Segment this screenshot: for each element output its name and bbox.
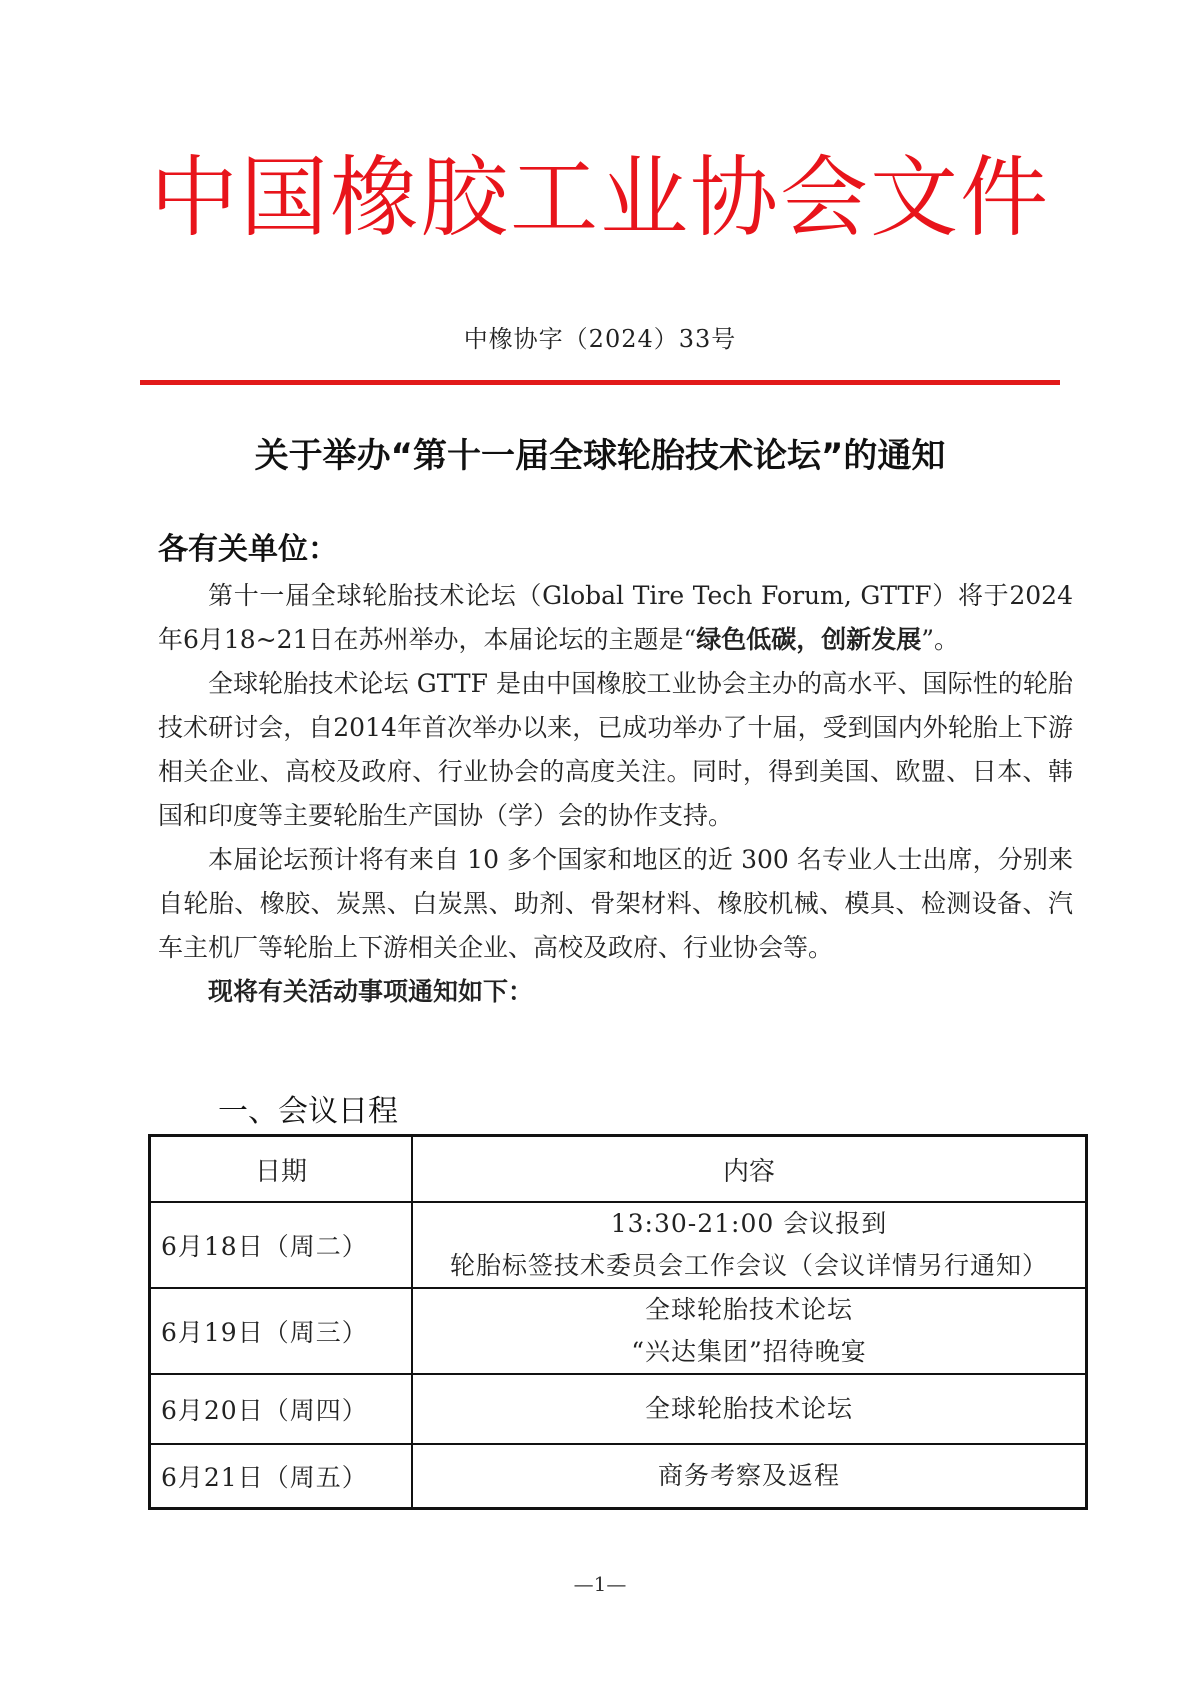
content-line: 全球轮胎技术论坛 — [413, 1388, 1085, 1430]
row-content: 商务考察及返程 — [412, 1444, 1087, 1509]
section-heading-schedule: 一、会议日程 — [218, 1090, 398, 1134]
table-row: 6月19日（周三） 全球轮胎技术论坛 “兴达集团”招待晚宴 — [150, 1288, 1087, 1374]
red-divider — [140, 380, 1060, 385]
row-content: 全球轮胎技术论坛 “兴达集团”招待晚宴 — [412, 1288, 1087, 1374]
content-line: 全球轮胎技术论坛 — [413, 1289, 1085, 1331]
row-date: 6月20日（周四） — [150, 1374, 413, 1444]
paragraph-3: 本届论坛预计将有来自 10 多个国家和地区的近 300 名专业人士出席，分别来自… — [158, 838, 1073, 970]
column-header-content: 内容 — [412, 1136, 1087, 1203]
row-date: 6月21日（周五） — [150, 1444, 413, 1509]
row-date: 6月18日（周二） — [150, 1202, 413, 1288]
schedule-table: 日期 内容 6月18日（周二） 13:30-21:00 会议报到 轮胎标签技术委… — [148, 1134, 1088, 1510]
row-content: 13:30-21:00 会议报到 轮胎标签技术委员会工作会议（会议详情另行通知） — [412, 1202, 1087, 1288]
content-line: 13:30-21:00 会议报到 — [413, 1203, 1085, 1245]
page-number: —1— — [0, 1572, 1200, 1596]
masthead-title: 中国橡胶工业协会文件 — [0, 148, 1200, 248]
document-number: 中橡协字（2024）33号 — [0, 322, 1200, 356]
table-header-row: 日期 内容 — [150, 1136, 1087, 1203]
table-row: 6月21日（周五） 商务考察及返程 — [150, 1444, 1087, 1509]
paragraph-1-end: ”。 — [921, 625, 959, 654]
table-row: 6月20日（周四） 全球轮胎技术论坛 — [150, 1374, 1087, 1444]
paragraph-1: 第十一届全球轮胎技术论坛（Global Tire Tech Forum, GTT… — [158, 574, 1073, 662]
content-line: “兴达集团”招待晚宴 — [413, 1331, 1085, 1373]
column-header-date: 日期 — [150, 1136, 413, 1203]
notice-body: 第十一届全球轮胎技术论坛（Global Tire Tech Forum, GTT… — [158, 574, 1073, 1014]
row-content: 全球轮胎技术论坛 — [412, 1374, 1087, 1444]
paragraph-4: 现将有关活动事项通知如下： — [158, 970, 1073, 1014]
paragraph-2: 全球轮胎技术论坛 GTTF 是由中国橡胶工业协会主办的高水平、国际性的轮胎技术研… — [158, 662, 1073, 838]
forum-theme: 绿色低碳，创新发展 — [696, 625, 921, 654]
content-line: 商务考察及返程 — [413, 1455, 1085, 1497]
table-row: 6月18日（周二） 13:30-21:00 会议报到 轮胎标签技术委员会工作会议… — [150, 1202, 1087, 1288]
content-line: 轮胎标签技术委员会工作会议（会议详情另行通知） — [413, 1245, 1085, 1287]
row-date: 6月19日（周三） — [150, 1288, 413, 1374]
notice-title: 关于举办“第十一届全球轮胎技术论坛”的通知 — [0, 432, 1200, 480]
salutation: 各有关单位： — [158, 528, 338, 572]
